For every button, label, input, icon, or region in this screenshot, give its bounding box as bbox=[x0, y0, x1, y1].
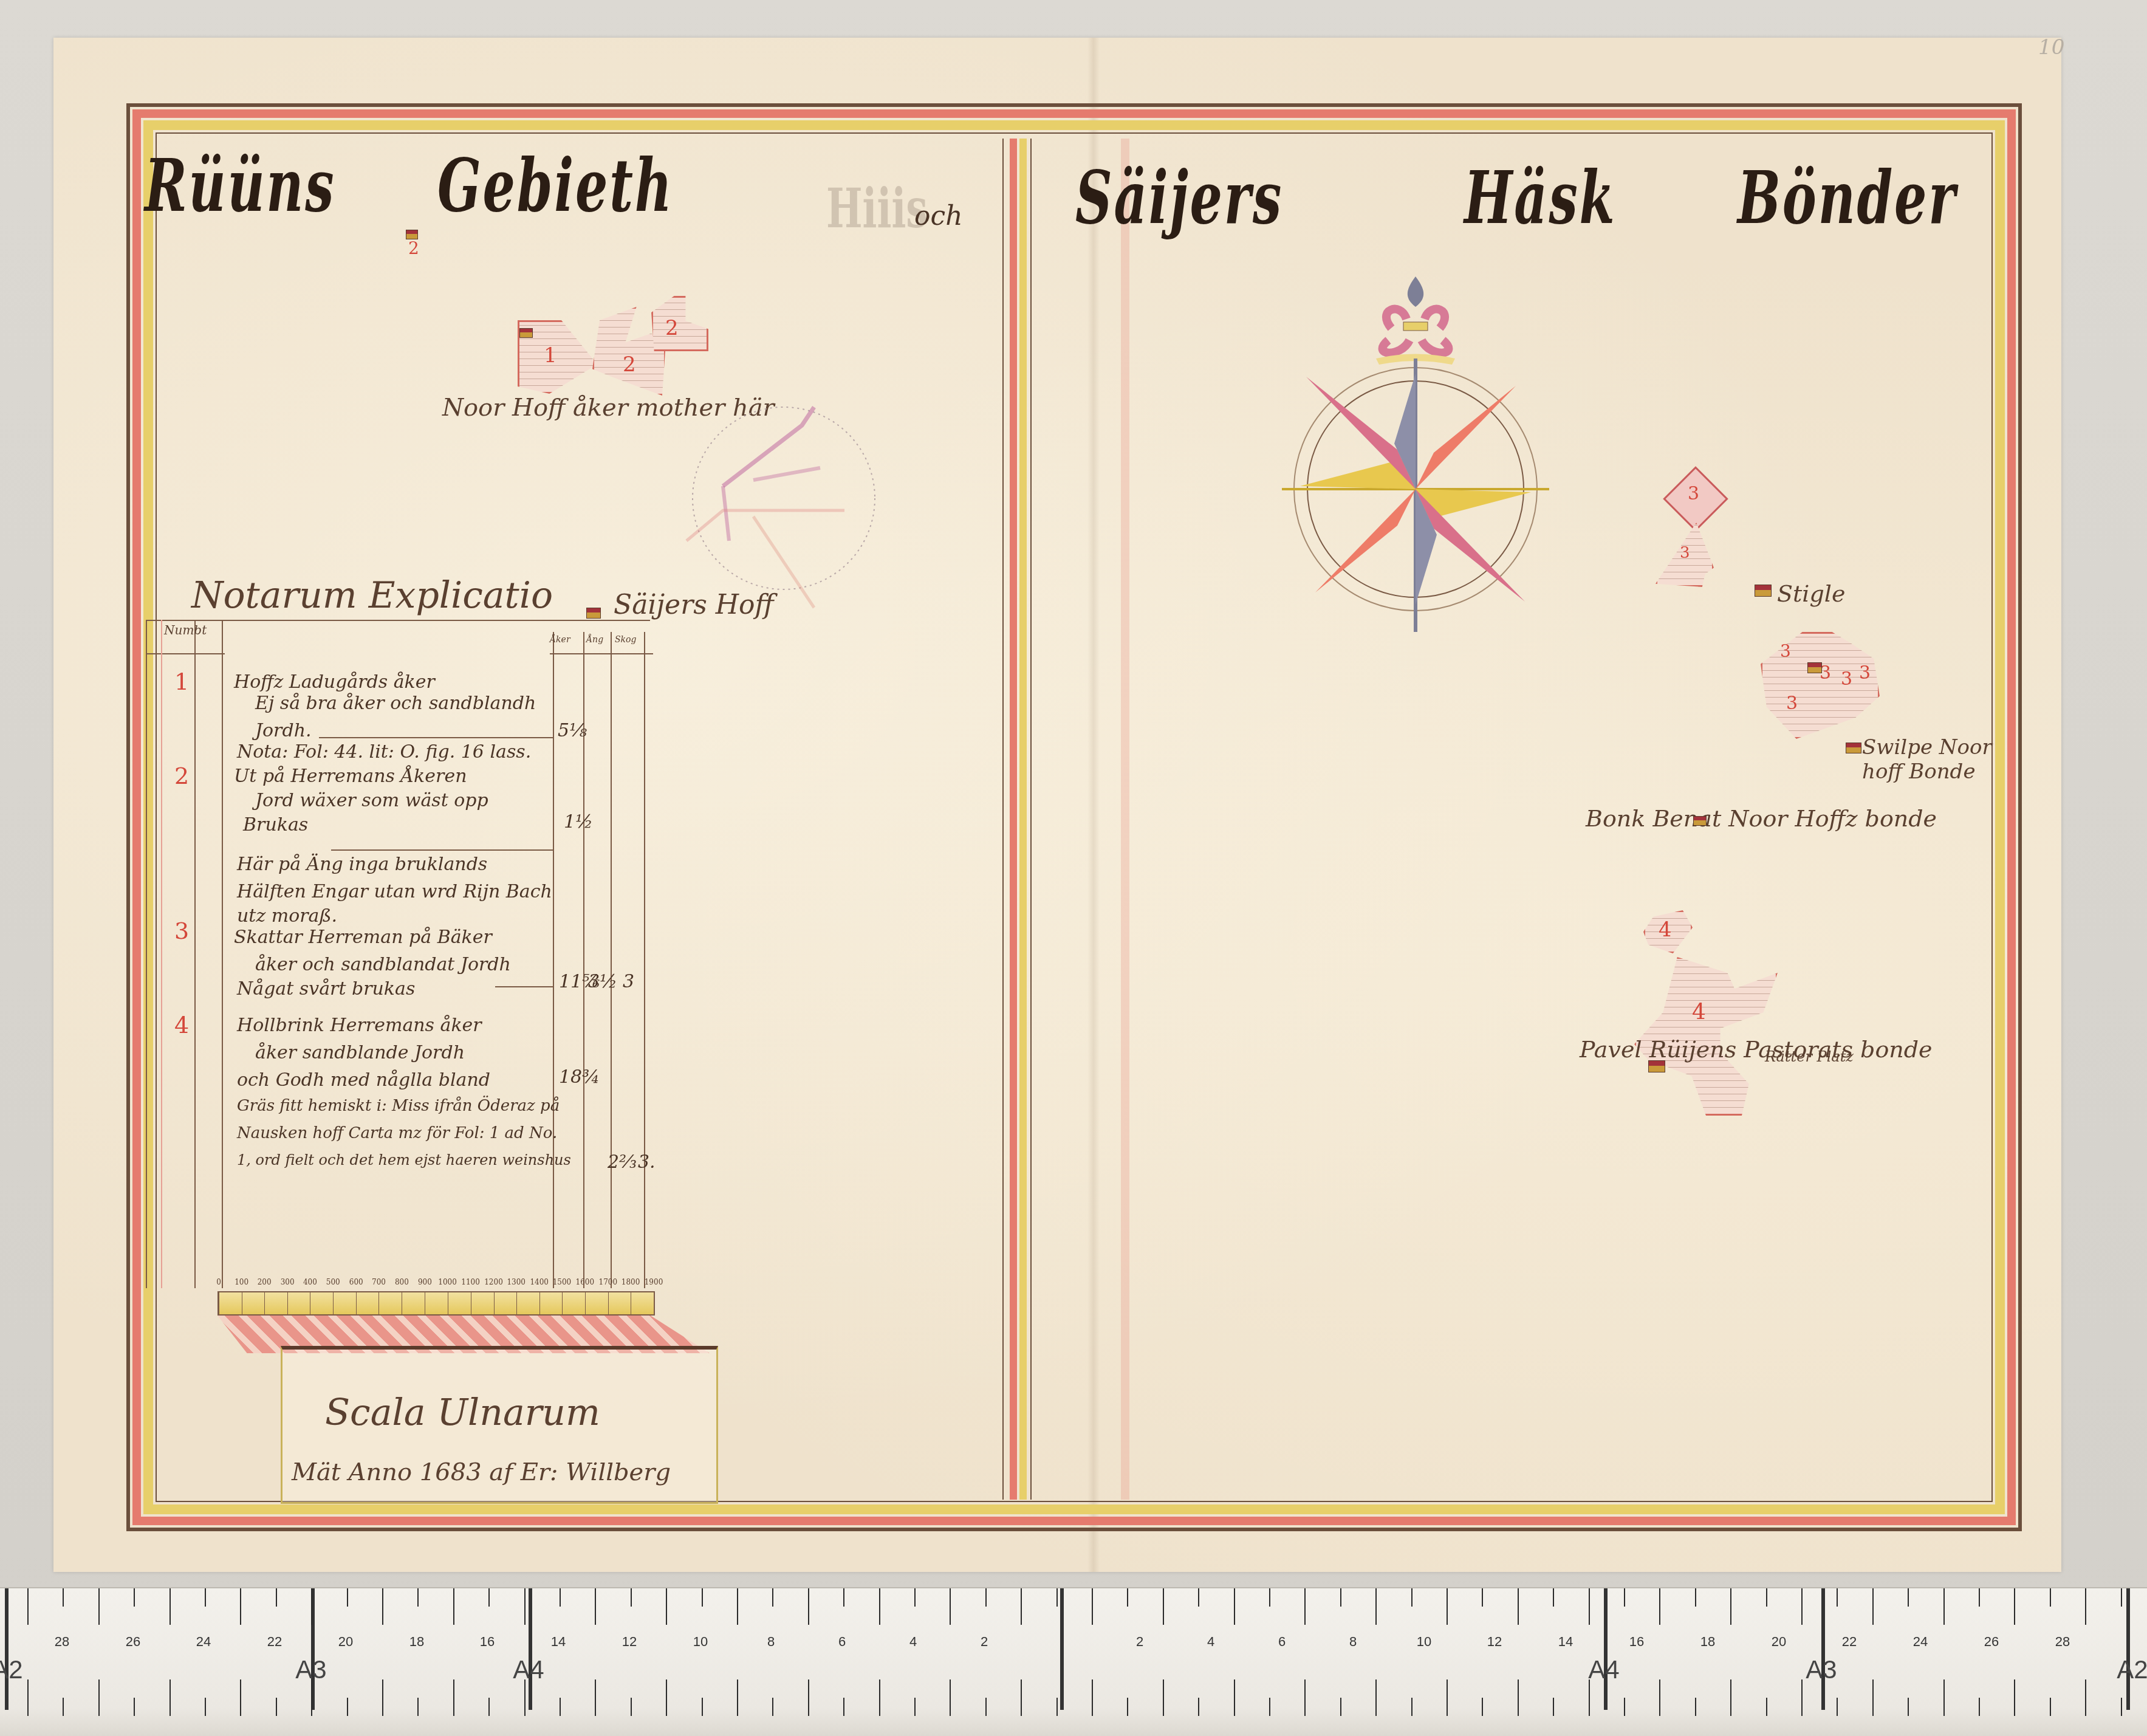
ruler-label: 26 bbox=[126, 1634, 140, 1650]
row-1-line-4: Nota: Fol: 44. lit: O. fig. 16 lass. bbox=[237, 741, 531, 763]
row-1-line-3: Jordh. bbox=[255, 720, 312, 741]
ruler-tick bbox=[134, 1698, 135, 1716]
ruler-label: 24 bbox=[196, 1634, 211, 1650]
ruler-tick bbox=[1766, 1588, 1767, 1607]
scale-tick bbox=[356, 1292, 357, 1314]
ruler-label: 18 bbox=[409, 1634, 424, 1650]
ruler-label: 6 bbox=[838, 1634, 846, 1650]
ruler-tick bbox=[950, 1679, 951, 1716]
row-4-ang-value: 2⅔ bbox=[608, 1151, 637, 1173]
ruler-tick bbox=[63, 1698, 64, 1716]
scale-title: Scala Ulnarum bbox=[325, 1391, 600, 1434]
ruler-tick bbox=[1695, 1698, 1696, 1716]
ruler-tick bbox=[382, 1588, 383, 1625]
scale-tick-label: 300 bbox=[281, 1278, 295, 1286]
divider-line-left bbox=[1002, 139, 1004, 1500]
ruler-tick bbox=[276, 1698, 277, 1716]
ruler-tick bbox=[524, 1588, 526, 1625]
ruler-tick bbox=[1730, 1679, 1731, 1716]
ruler-tick bbox=[98, 1588, 100, 1625]
page-number: 10 bbox=[2038, 35, 2064, 60]
measuring-ruler: 28 26 24 22 20 18 16 14 12 10 8 6 4 2 2 … bbox=[0, 1587, 2147, 1736]
parcel-3-label: 3 bbox=[1780, 641, 1791, 661]
row-4-skog-value: 3. bbox=[638, 1151, 656, 1173]
title-word-ruuns: Rüüns bbox=[145, 143, 335, 228]
ruler-tick bbox=[1021, 1588, 1022, 1625]
ruler-tick bbox=[347, 1588, 348, 1607]
ruler-tick bbox=[1375, 1679, 1377, 1716]
ruler-tick bbox=[1801, 1588, 1803, 1625]
ruler-tick bbox=[843, 1588, 844, 1607]
scale-tick-label: 1900 bbox=[645, 1278, 663, 1286]
row-3-line-3: Någat svårt brukas bbox=[237, 978, 415, 1000]
parcel-3-meadow-label: 3 bbox=[1680, 544, 1690, 562]
ruler-label: 26 bbox=[1984, 1634, 1999, 1650]
row-4-line-2: åker sandblande Jordh bbox=[255, 1042, 465, 1063]
ruler-tick bbox=[1340, 1588, 1341, 1607]
scale-tick bbox=[310, 1292, 310, 1314]
ruler-tick bbox=[524, 1679, 526, 1716]
ruler-tick bbox=[1624, 1588, 1625, 1607]
scale-bar: 0 100 200 300 400 500 600 700 800 900 10… bbox=[217, 1291, 655, 1316]
ruler-label: 12 bbox=[622, 1634, 637, 1650]
ruler-major-tick bbox=[1604, 1588, 1608, 1710]
scale-tick bbox=[585, 1292, 586, 1314]
ruler-label: 20 bbox=[1772, 1634, 1786, 1650]
ruler-tick bbox=[240, 1679, 241, 1716]
row-4-aker-value: 18¾ bbox=[559, 1066, 600, 1088]
ruler-tick bbox=[595, 1679, 596, 1716]
row-3-skog-value: 3 bbox=[623, 971, 634, 992]
ruler-tick bbox=[1766, 1698, 1767, 1716]
ruler-label: 12 bbox=[1487, 1634, 1502, 1650]
row-4-line-6: 1, ord fielt och det hem ejst haeren wei… bbox=[237, 1151, 571, 1168]
place-ratter-platz: Rätter Platz bbox=[1765, 1048, 1854, 1065]
ruler-tick bbox=[205, 1698, 206, 1716]
parcel-2b-label: 2 bbox=[665, 316, 679, 340]
ruler-tick bbox=[27, 1588, 29, 1625]
ruler-tick bbox=[1943, 1588, 1945, 1625]
ruler-tick bbox=[1447, 1679, 1448, 1716]
row-2-aker-value: 1½ bbox=[564, 811, 593, 832]
house-icon bbox=[1846, 743, 1861, 753]
ruler-size-mark: A2 bbox=[0, 1655, 23, 1684]
ruler-major-tick bbox=[2126, 1588, 2130, 1710]
scale-tick bbox=[562, 1292, 563, 1314]
ruler-tick bbox=[1447, 1588, 1448, 1625]
place-bonk-benat: Bonk Benat Noor Hoffz bonde bbox=[1586, 805, 1937, 832]
row-4-line-5: Nausken hoff Carta mz för Fol: 1 ad No. bbox=[237, 1124, 557, 1142]
scale-tick-label: 1300 bbox=[507, 1278, 526, 1286]
ruler-tick bbox=[1304, 1588, 1306, 1625]
ruler-tick bbox=[1269, 1588, 1270, 1607]
ruler-tick bbox=[2085, 1588, 2086, 1625]
ruler-tick bbox=[1979, 1698, 1980, 1716]
ruler-tick bbox=[879, 1588, 880, 1625]
scale-tick bbox=[402, 1292, 402, 1314]
ruler-tick bbox=[560, 1698, 561, 1716]
ruler-tick bbox=[453, 1588, 454, 1625]
ruler-tick bbox=[631, 1698, 632, 1716]
surveyor-signature: Mät Anno 1683 af Er: Willberg bbox=[292, 1458, 671, 1486]
parcel-1-label: 1 bbox=[544, 343, 557, 368]
ruler-tick bbox=[1659, 1679, 1660, 1716]
scale-tick bbox=[425, 1292, 425, 1314]
table-col-line bbox=[553, 632, 554, 1288]
title-word-gebieth: Gebieth bbox=[437, 143, 674, 228]
ruler-tick bbox=[702, 1698, 703, 1716]
scale-tick-label: 1000 bbox=[438, 1278, 457, 1286]
ruler-tick bbox=[843, 1698, 844, 1716]
row-2-line-5: Hälften Engar utan wrd Rijn Bach bbox=[237, 881, 552, 902]
scale-tick-label: 600 bbox=[349, 1278, 363, 1286]
ruler-tick bbox=[488, 1698, 490, 1716]
parcel-3-top-label: 3 bbox=[1688, 483, 1699, 504]
scale-tick bbox=[471, 1292, 471, 1314]
ruler-label: 16 bbox=[480, 1634, 495, 1650]
ruler-tick bbox=[808, 1588, 809, 1625]
ruler-label: 20 bbox=[338, 1634, 353, 1650]
ruler-tick bbox=[950, 1588, 951, 1625]
ruler-label: 28 bbox=[2055, 1634, 2070, 1650]
table-col-line bbox=[644, 632, 645, 1288]
table-header-border-right bbox=[550, 653, 653, 654]
ruler-label: 24 bbox=[1913, 1634, 1928, 1650]
scale-tick-label: 700 bbox=[372, 1278, 386, 1286]
ruler-label: 16 bbox=[1629, 1634, 1644, 1650]
ruler-tick bbox=[27, 1679, 29, 1716]
row-3-ang-value: 3½ bbox=[588, 971, 617, 992]
faded-compass-sketch-icon bbox=[662, 389, 881, 620]
ruler-tick bbox=[1304, 1679, 1306, 1716]
ruler-tick bbox=[1021, 1679, 1022, 1716]
scale-tick-label: 1400 bbox=[530, 1278, 549, 1286]
parcel-3-label: 3 bbox=[1786, 693, 1798, 714]
legend-subtitle: Säijers Hoff bbox=[614, 589, 774, 620]
ruler-label: 14 bbox=[551, 1634, 566, 1650]
title-word-saijers: Säijers bbox=[1075, 155, 1283, 241]
row-1-aker-value: 5⅛ bbox=[558, 720, 587, 741]
row-3-line-2: åker och sandblandat Jordh bbox=[255, 954, 511, 975]
row-2-line-3: Brukas bbox=[243, 814, 308, 835]
ruler-tick bbox=[1482, 1588, 1483, 1607]
scale-tick bbox=[264, 1292, 265, 1314]
house-marker-number: 2 bbox=[408, 238, 419, 258]
parcel-3-label: 3 bbox=[1859, 662, 1871, 684]
house-icon bbox=[1807, 662, 1822, 673]
title-word-hask: Häsk bbox=[1464, 155, 1616, 241]
scale-tick-label: 1500 bbox=[553, 1278, 572, 1286]
ruler-tick bbox=[1837, 1698, 1838, 1716]
ruler-tick bbox=[1872, 1588, 1874, 1625]
ruler-tick bbox=[2050, 1588, 2051, 1607]
scale-tick-label: 1200 bbox=[484, 1278, 503, 1286]
ruler-tick bbox=[1908, 1698, 1909, 1716]
ruler-size-mark: A4 bbox=[1588, 1655, 1619, 1684]
ruler-major-tick bbox=[1821, 1588, 1825, 1710]
ruler-tick bbox=[1056, 1698, 1058, 1716]
ruler-tick bbox=[914, 1588, 916, 1607]
scale-tick-label: 400 bbox=[303, 1278, 317, 1286]
scale-tick bbox=[242, 1292, 242, 1314]
column-header-num: Numbt bbox=[164, 623, 207, 637]
ruler-tick bbox=[1518, 1588, 1519, 1625]
scale-tick bbox=[516, 1292, 517, 1314]
ruler-label: 10 bbox=[1417, 1634, 1431, 1650]
ruler-tick bbox=[879, 1679, 880, 1716]
row-2-number: 2 bbox=[174, 763, 189, 789]
scale-tick bbox=[539, 1292, 540, 1314]
row-2-line-6: utz moraß. bbox=[237, 905, 337, 927]
row-1-line-2: Ej så bra åker och sandblandh bbox=[255, 693, 536, 714]
column-header-aker: Åker bbox=[550, 635, 570, 645]
parcel-4-small-label: 4 bbox=[1659, 918, 1672, 942]
ruler-tick bbox=[2121, 1698, 2122, 1716]
scale-tick-label: 1600 bbox=[576, 1278, 595, 1286]
ruler-tick bbox=[311, 1588, 312, 1625]
scale-tick-label: 1800 bbox=[621, 1278, 640, 1286]
row-4-number: 4 bbox=[174, 1012, 189, 1038]
ruler-tick bbox=[702, 1588, 703, 1607]
ruler-tick bbox=[240, 1588, 241, 1625]
scale-tick-label: 1700 bbox=[599, 1278, 618, 1286]
ruler-tick bbox=[169, 1679, 171, 1716]
scale-tick-label: 200 bbox=[258, 1278, 272, 1286]
ruler-tick bbox=[1092, 1588, 1093, 1625]
scale-tick-label: 800 bbox=[395, 1278, 409, 1286]
ruler-tick bbox=[1943, 1679, 1945, 1716]
compass-rose-icon bbox=[1276, 273, 1555, 638]
ruler-tick bbox=[1411, 1698, 1412, 1716]
ruler-size-mark: A4 bbox=[513, 1655, 544, 1684]
scale-tick bbox=[448, 1292, 448, 1314]
row-3-number: 3 bbox=[174, 918, 189, 944]
ruler-tick bbox=[488, 1588, 490, 1607]
ruler-tick bbox=[347, 1698, 348, 1716]
row-divider bbox=[319, 737, 553, 738]
row-2-line-4: Här på Äng inga bruklands bbox=[237, 854, 487, 875]
table-col-line bbox=[146, 620, 147, 1288]
ruler-label: 18 bbox=[1700, 1634, 1715, 1650]
table-col-line bbox=[222, 620, 223, 1288]
ruler-label: 14 bbox=[1558, 1634, 1573, 1650]
ruler-tick bbox=[1908, 1588, 1909, 1607]
row-1-number: 1 bbox=[174, 668, 189, 695]
ruler-tick bbox=[666, 1588, 667, 1625]
ruler-tick bbox=[772, 1588, 773, 1607]
row-4-line-4: Gräs fitt hemiskt i: Miss ifrån Öderaz p… bbox=[237, 1097, 560, 1115]
title-connector: och bbox=[914, 201, 962, 232]
ruler-tick bbox=[1375, 1588, 1377, 1625]
parcel-3-label: 3 bbox=[1841, 668, 1852, 690]
ruler-tick bbox=[595, 1588, 596, 1625]
place-stigle: Stigle bbox=[1777, 580, 1845, 607]
ruler-label: 22 bbox=[267, 1634, 282, 1650]
ruler-tick bbox=[1801, 1679, 1803, 1716]
ruler-tick bbox=[1730, 1588, 1731, 1625]
scale-tick bbox=[654, 1292, 654, 1314]
table-col-line bbox=[194, 620, 196, 1288]
ruler-tick bbox=[2014, 1679, 2015, 1716]
ruler-tick bbox=[1553, 1698, 1554, 1716]
ruler-label: 2 bbox=[981, 1634, 988, 1650]
scale-tick bbox=[378, 1292, 379, 1314]
ruler-tick bbox=[382, 1679, 383, 1716]
ruler-tick bbox=[2014, 1588, 2015, 1625]
ruler-tick bbox=[1553, 1588, 1554, 1607]
place-pavel: Pavel Rüijens Pastorats bonde bbox=[1580, 1036, 1933, 1063]
ruler-tick bbox=[631, 1588, 632, 1607]
parcel-4-large-label: 4 bbox=[1692, 1000, 1706, 1024]
row-divider bbox=[331, 849, 553, 851]
ruler-tick bbox=[205, 1588, 206, 1607]
ruler-tick bbox=[1127, 1698, 1128, 1716]
ruler-tick bbox=[1340, 1698, 1341, 1716]
ruler-tick bbox=[453, 1679, 454, 1716]
ruler-tick bbox=[1056, 1588, 1058, 1607]
ruler-tick bbox=[1837, 1588, 1838, 1607]
ruler-tick bbox=[1589, 1679, 1590, 1716]
ruler-tick bbox=[1127, 1588, 1128, 1607]
ruler-label: 28 bbox=[55, 1634, 69, 1650]
ruler-tick bbox=[2121, 1588, 2122, 1607]
ruler-tick bbox=[1269, 1698, 1270, 1716]
ruler-tick bbox=[1518, 1679, 1519, 1716]
scale-tick-label: 0 bbox=[216, 1278, 221, 1286]
ruler-tick bbox=[985, 1588, 987, 1607]
scale-tick bbox=[631, 1292, 631, 1314]
column-header-ang: Ång bbox=[586, 635, 603, 645]
ruler-tick bbox=[311, 1679, 312, 1716]
row-2-line-1: Ut på Herremans Åkeren bbox=[234, 766, 467, 787]
scale-tick bbox=[287, 1292, 288, 1314]
ruler-tick bbox=[134, 1588, 135, 1607]
ruler-label: 4 bbox=[1207, 1634, 1214, 1650]
house-icon bbox=[1693, 816, 1707, 826]
house-icon bbox=[1755, 585, 1772, 597]
ruler-tick bbox=[985, 1698, 987, 1716]
scale-tick-label: 1100 bbox=[461, 1278, 480, 1286]
scale-tick-label: 900 bbox=[418, 1278, 432, 1286]
ruler-label: 8 bbox=[1349, 1634, 1357, 1650]
ruler-label: 4 bbox=[909, 1634, 917, 1650]
ruler-tick bbox=[417, 1698, 419, 1716]
table-header-border-left bbox=[146, 653, 225, 654]
ruler-major-tick bbox=[1060, 1588, 1064, 1710]
ruler-tick bbox=[737, 1679, 738, 1716]
scale-tick bbox=[494, 1292, 495, 1314]
ruler-tick bbox=[1624, 1698, 1625, 1716]
ruler-label: 2 bbox=[1136, 1634, 1143, 1650]
ruler-size-mark: A3 bbox=[1806, 1655, 1837, 1684]
ruler-tick bbox=[1979, 1588, 1980, 1607]
house-icon bbox=[586, 608, 601, 619]
ruler-label: 22 bbox=[1842, 1634, 1857, 1650]
ruler-tick bbox=[1482, 1698, 1483, 1716]
ruler-tick bbox=[808, 1679, 809, 1716]
row-divider bbox=[495, 986, 553, 987]
ruler-tick bbox=[1589, 1588, 1590, 1625]
row-1-line-1: Hoffz Ladugårds åker bbox=[234, 671, 435, 693]
row-4-line-3: och Godh med någlla bland bbox=[237, 1069, 490, 1091]
ruler-tick bbox=[63, 1588, 64, 1607]
divider-yellow-band bbox=[1019, 139, 1027, 1500]
ruler-tick bbox=[1198, 1698, 1199, 1716]
ruler-tick bbox=[772, 1698, 773, 1716]
ruler-tick bbox=[1659, 1588, 1660, 1625]
ruler-tick bbox=[169, 1588, 171, 1625]
ruler-tick bbox=[1234, 1679, 1235, 1716]
ruler-label: 8 bbox=[767, 1634, 775, 1650]
legend-title: Notarum Explicatio bbox=[191, 574, 553, 617]
ruler-major-tick bbox=[5, 1588, 9, 1710]
ruler-label: 6 bbox=[1278, 1634, 1286, 1650]
house-icon bbox=[519, 328, 533, 338]
ruler-tick bbox=[914, 1698, 916, 1716]
scale-tick bbox=[219, 1292, 219, 1314]
table-col-line bbox=[611, 632, 612, 1288]
ruler-tick bbox=[1872, 1679, 1874, 1716]
ruler-tick bbox=[1411, 1588, 1412, 1607]
ruler-major-tick bbox=[529, 1588, 532, 1710]
title-ghost-text: Hiiis bbox=[826, 176, 928, 241]
divider-red-band bbox=[1010, 139, 1017, 1500]
parcel-2a-label: 2 bbox=[623, 352, 636, 377]
place-swilpe: Swilpe Noor hoff Bonde bbox=[1862, 735, 2020, 784]
column-header-skog: Skog bbox=[615, 635, 636, 645]
ruler-size-mark: A2 bbox=[2117, 1655, 2147, 1684]
faint-red-column bbox=[1121, 139, 1129, 1500]
ruler-tick bbox=[1163, 1588, 1164, 1625]
ruler-tick bbox=[276, 1588, 277, 1607]
ruler-tick bbox=[1198, 1588, 1199, 1607]
row-4-line-1: Hollbrink Herremans åker bbox=[237, 1015, 482, 1036]
table-col-line-red bbox=[161, 620, 162, 1288]
ruler-tick bbox=[1092, 1679, 1093, 1716]
row-3-line-1: Skattar Herreman på Bäker bbox=[234, 927, 492, 948]
scale-tick-label: 500 bbox=[326, 1278, 340, 1286]
ruler-tick bbox=[1695, 1588, 1696, 1607]
ruler-tick bbox=[417, 1588, 419, 1607]
ruler-tick bbox=[737, 1588, 738, 1625]
row-2-line-2: Jord wäxer som wäst opp bbox=[255, 790, 488, 811]
ruler-tick bbox=[1163, 1679, 1164, 1716]
ruler-tick bbox=[2085, 1679, 2086, 1716]
ruler-tick bbox=[666, 1679, 667, 1716]
ruler-tick bbox=[2050, 1698, 2051, 1716]
scale-tick bbox=[608, 1292, 609, 1314]
title-word-bonder: Bönder bbox=[1738, 155, 1957, 241]
ruler-label: 10 bbox=[693, 1634, 708, 1650]
ruler-tick bbox=[1234, 1588, 1235, 1625]
ruler-tick bbox=[98, 1679, 100, 1716]
ruler-tick bbox=[560, 1588, 561, 1607]
scale-tick bbox=[333, 1292, 334, 1314]
divider-line-right bbox=[1030, 139, 1032, 1500]
scale-tick-label: 100 bbox=[235, 1278, 248, 1286]
